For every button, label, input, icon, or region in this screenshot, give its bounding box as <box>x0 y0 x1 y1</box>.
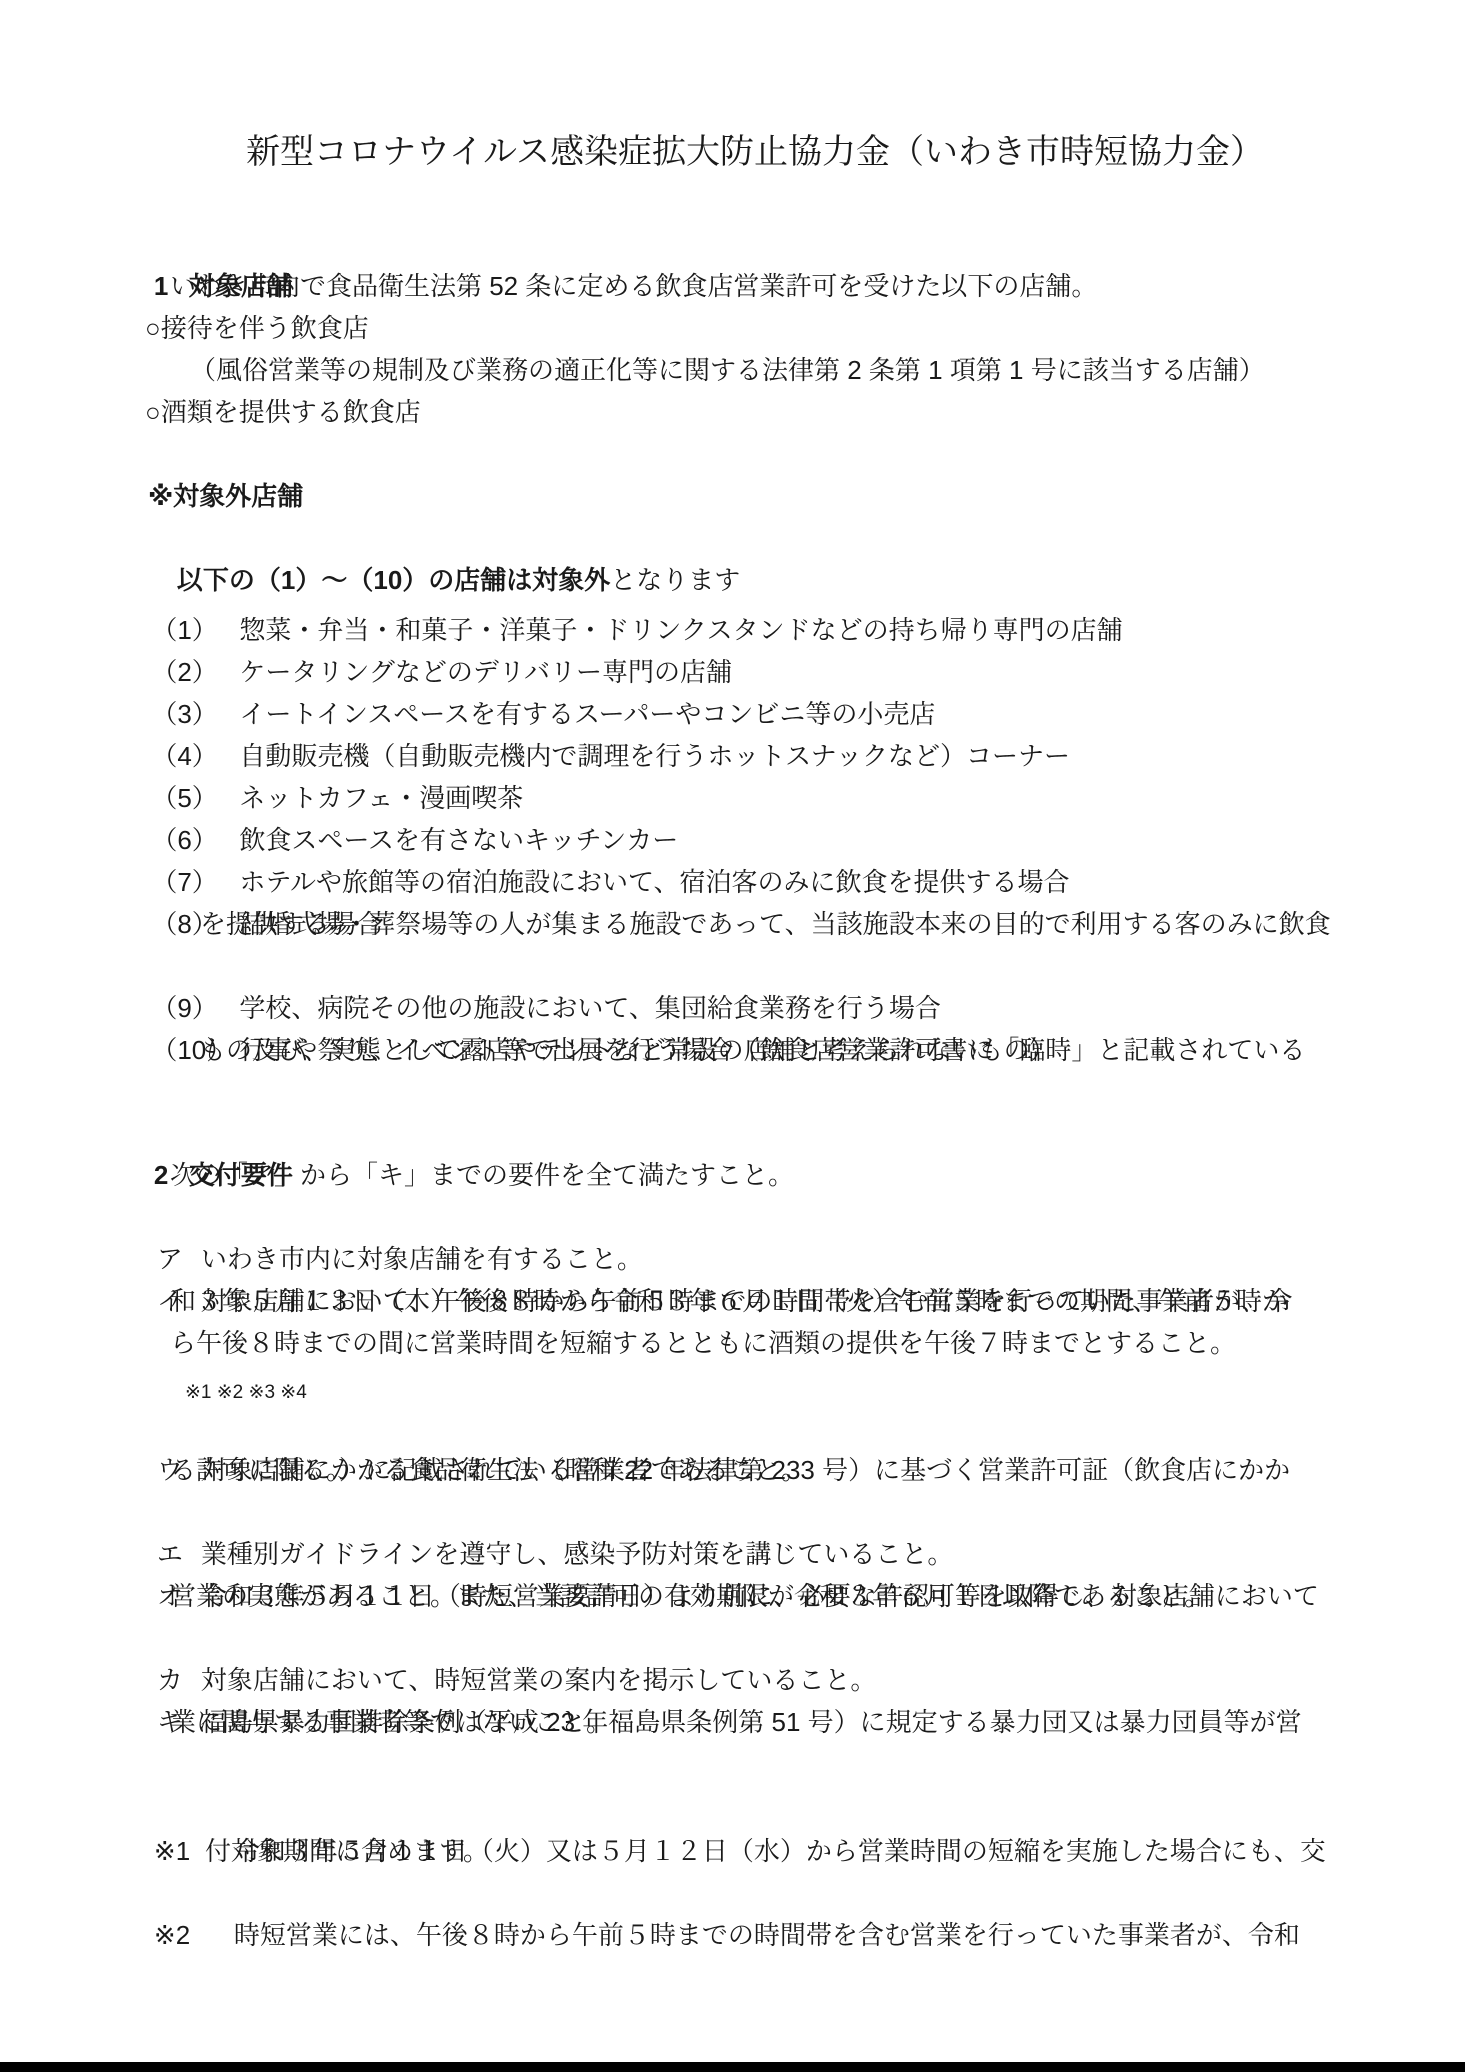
requirement-continuation: 和３年５月１３日（木）午後８時から令和３年６月１日（火）午前５時までの期間、午前… <box>170 1280 1465 1322</box>
list-item: （9）学校、病院その他の施設において、集団給食業務を行う場合 <box>108 945 1465 987</box>
list-item-text: イートインスペースを有するスーパーやコンビニ等の小売店 <box>239 699 935 729</box>
circle-item-2: ○酒類を提供する飲食店 <box>145 391 1465 433</box>
footnote-references: ※1 ※2 ※3 ※4 <box>185 1379 1465 1407</box>
list-item-text: ホテルや旅館等の宿泊施設において、宿泊客のみに飲食を提供する場合 <box>239 867 1069 897</box>
circle-item-1-note: （風俗営業等の規制及び業務の適正化等に関する法律第 2 条第 1 項第 1 号に… <box>190 349 1465 391</box>
footnote-marker: ※2 <box>154 1914 234 1956</box>
requirement-text: 対象店舗において、時短営業の案内を掲示していること。 <box>201 1665 876 1695</box>
list-marker: （3） <box>151 693 239 735</box>
list-marker: （4） <box>151 735 239 777</box>
section2-heading: 2交付要件 <box>125 1112 1465 1154</box>
list-item-text: 自動販売機（自動販売機内で調理を行うホットスナックなど）コーナー <box>239 741 1070 771</box>
requirement-continuation: ら午後８時までの間に営業時間を短縮するとともに酒類の提供を午後７時までとすること… <box>170 1322 1465 1364</box>
requirement-item: エ業種別ガイドラインを遵守し、感染予防対策を講じていること。 <box>128 1491 1465 1533</box>
requirement-item: カ対象店舗において、時短営業の案内を掲示していること。 <box>128 1617 1465 1659</box>
section1-intro: いわき市内で食品衛生法第 52 条に定める飲食店営業許可を受けた以下の店舗。 <box>170 265 1465 307</box>
requirement-item: ウ対象店舗にかかる食品衛生法（昭和 22 年法律第 233 号）に基づく営業許可… <box>128 1407 1465 1449</box>
list-item-text: ケータリングなどのデリバリー専門の店舗 <box>239 657 732 687</box>
excluded-intro: 以下の（1）～（10）の店舗は対象外となります <box>148 517 1465 559</box>
list-marker: （9） <box>151 987 239 1029</box>
excluded-intro-bold: 以下の（1）～（10）の店舗は対象外 <box>177 565 610 595</box>
requirement-item: アいわき市内に対象店舗を有すること。 <box>128 1196 1465 1238</box>
list-item-text: 惣菜・弁当・和菓子・洋菓子・ドリンクスタンドなどの持ち帰り専門の店舗 <box>239 615 1122 645</box>
list-marker: （2） <box>151 651 239 693</box>
footnote: ※2時短営業には、午後８時から午前５時までの時間帯を含む営業を行っていた事業者が… <box>125 1872 1465 1914</box>
section2-intro: 次の「ア」から「キ」までの要件を全て満たすこと。 <box>170 1154 1465 1196</box>
requirement-text: 業種別ガイドラインを遵守し、感染予防対策を講じていること。 <box>201 1539 953 1569</box>
list-marker: （7） <box>151 861 239 903</box>
excluded-list: （1）惣菜・弁当・和菓子・洋菓子・ドリンクスタンドなどの持ち帰り専門の店舗 （2… <box>100 567 1465 1071</box>
list-item-text: ネットカフェ・漫画喫茶 <box>239 783 523 813</box>
list-item-text: 飲食スペースを有さないキッチンカー <box>239 825 678 855</box>
footnote: ※1令和３年５月１１日（火）又は５月１２日（水）から営業時間の短縮を実施した場合… <box>125 1788 1465 1830</box>
requirement-marker: カ <box>157 1659 201 1701</box>
list-item-text: 学校、病院その他の施設において、集団給食業務を行う場合 <box>239 993 940 1023</box>
section1-heading: 1対象店舗 <box>125 223 1465 265</box>
requirement-marker: エ <box>157 1533 201 1575</box>
list-item-text: 結婚式場・葬祭場等の人が集まる施設であって、当該施設本来の目的で利用する客のみに… <box>239 909 1330 939</box>
circle-item-1: ○接待を伴う飲食店 <box>145 307 1465 349</box>
list-marker: （1） <box>151 609 239 651</box>
excluded-heading: ※対象外店舗 <box>148 475 1465 517</box>
excluded-intro-rest: となります <box>610 565 740 595</box>
requirement-marker: ア <box>157 1238 201 1280</box>
footnote-text: 時短営業には、午後８時から午前５時までの時間帯を含む営業を行っていた事業者が、令… <box>234 1920 1300 1950</box>
list-marker: （5） <box>151 777 239 819</box>
document-title: 新型コロナウイルス感染症拡大防止協力金（いわき市時短協力金） <box>100 128 1465 176</box>
requirement-text: いわき市内に対象店舗を有すること。 <box>201 1244 643 1274</box>
list-marker: （6） <box>151 819 239 861</box>
page-bottom-edge <box>0 2062 1465 2072</box>
document-page: 新型コロナウイルス感染症拡大防止協力金（いわき市時短協力金） 1対象店舗 いわき… <box>0 0 1465 2072</box>
